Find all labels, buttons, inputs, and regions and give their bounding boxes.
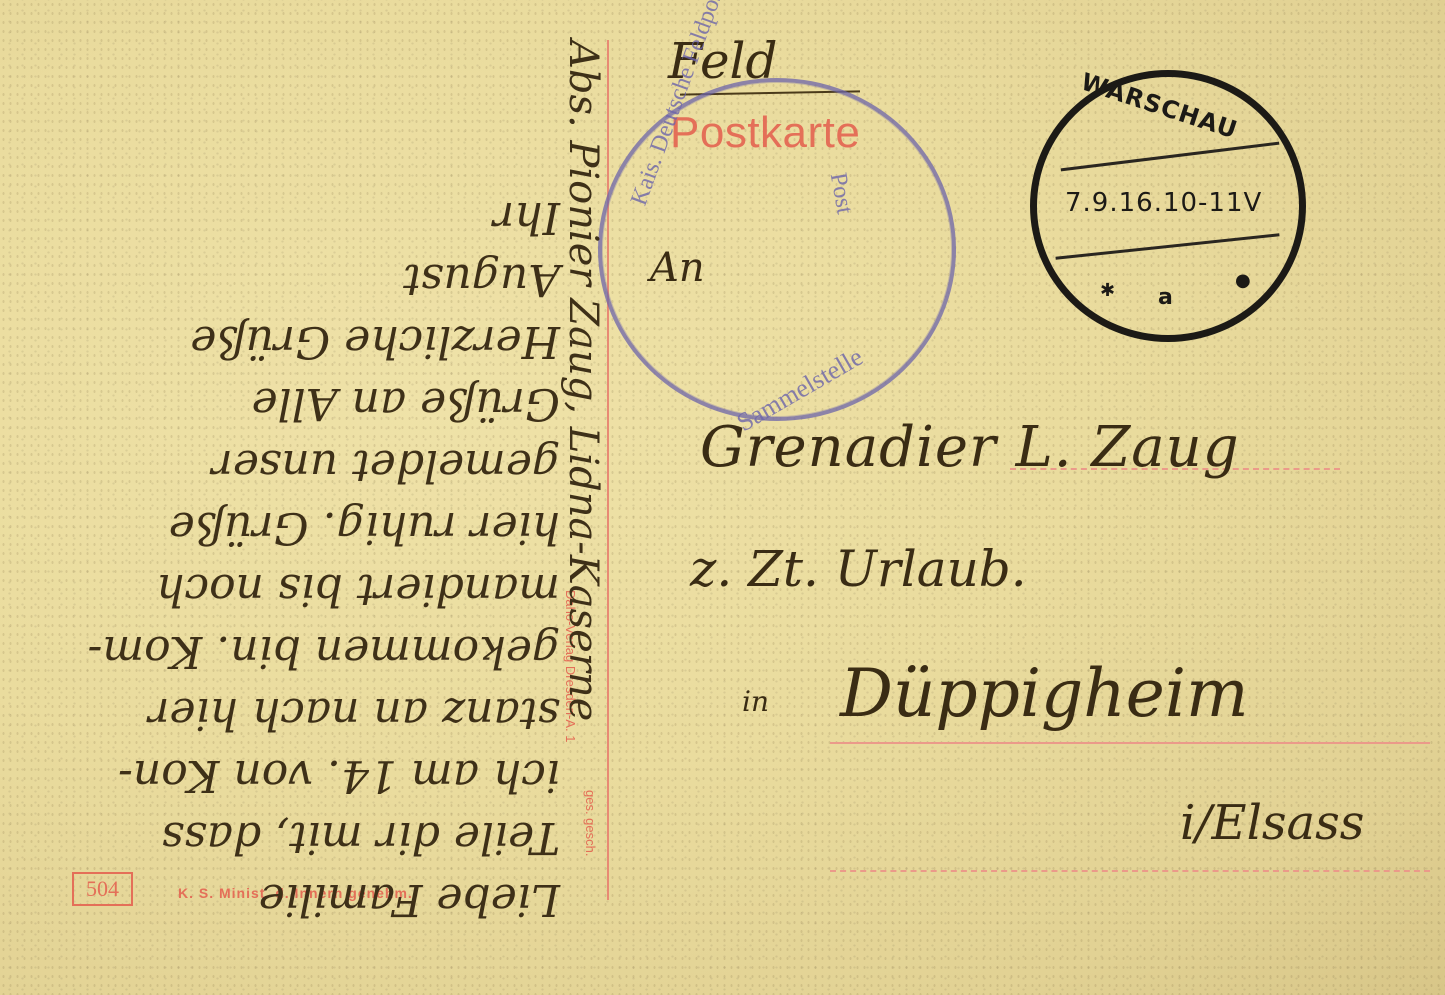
address-region: i/Elsass	[1180, 795, 1364, 851]
message-line: ich am 14. von Kon-	[40, 744, 560, 806]
handwritten-message: Liebe Familie Teile dir mit, dass ich am…	[40, 60, 560, 930]
message-line: mandiert bis noch	[40, 558, 560, 620]
sender-line: Abs. Pionier Zaug, Lidna-Kaserne	[560, 40, 606, 721]
address-line-region	[830, 870, 1430, 872]
printed-divider-line	[607, 40, 609, 900]
message-line: stanz an nach hier	[40, 682, 560, 744]
postmark-letter: a	[1158, 285, 1173, 310]
message-signoff: Ihr	[40, 186, 560, 248]
message-line: hier ruhig. Grüße	[40, 496, 560, 558]
address-recipient: Grenadier L. Zaug	[700, 415, 1240, 480]
message-line: Herzliche Grüße	[40, 310, 560, 372]
message-line: Teile dir mit, dass	[40, 806, 560, 868]
address-salutation: An	[650, 245, 705, 291]
star-icon: ✱	[1100, 280, 1115, 301]
message-line: gekommen bin. Kom-	[40, 620, 560, 682]
copyright-mark: ges. gesch.	[583, 790, 598, 857]
address-line-city	[830, 742, 1430, 744]
star-icon: ●	[1235, 270, 1251, 291]
address-city: Düppigheim	[840, 655, 1249, 732]
postcard: Postkarte Daho-Verlag Dresden-A. 1 ges. …	[0, 0, 1445, 995]
postmark-date: 7.9.16.10-11V	[1065, 188, 1262, 218]
address-in: in	[742, 685, 769, 718]
message-line: August	[40, 248, 560, 310]
message-line: Liebe Familie	[40, 868, 560, 930]
address-status: z. Zt. Urlaub.	[690, 540, 1027, 598]
message-line: gemeldet unser	[40, 434, 560, 496]
message-line: Grüße an Alle	[40, 372, 560, 434]
